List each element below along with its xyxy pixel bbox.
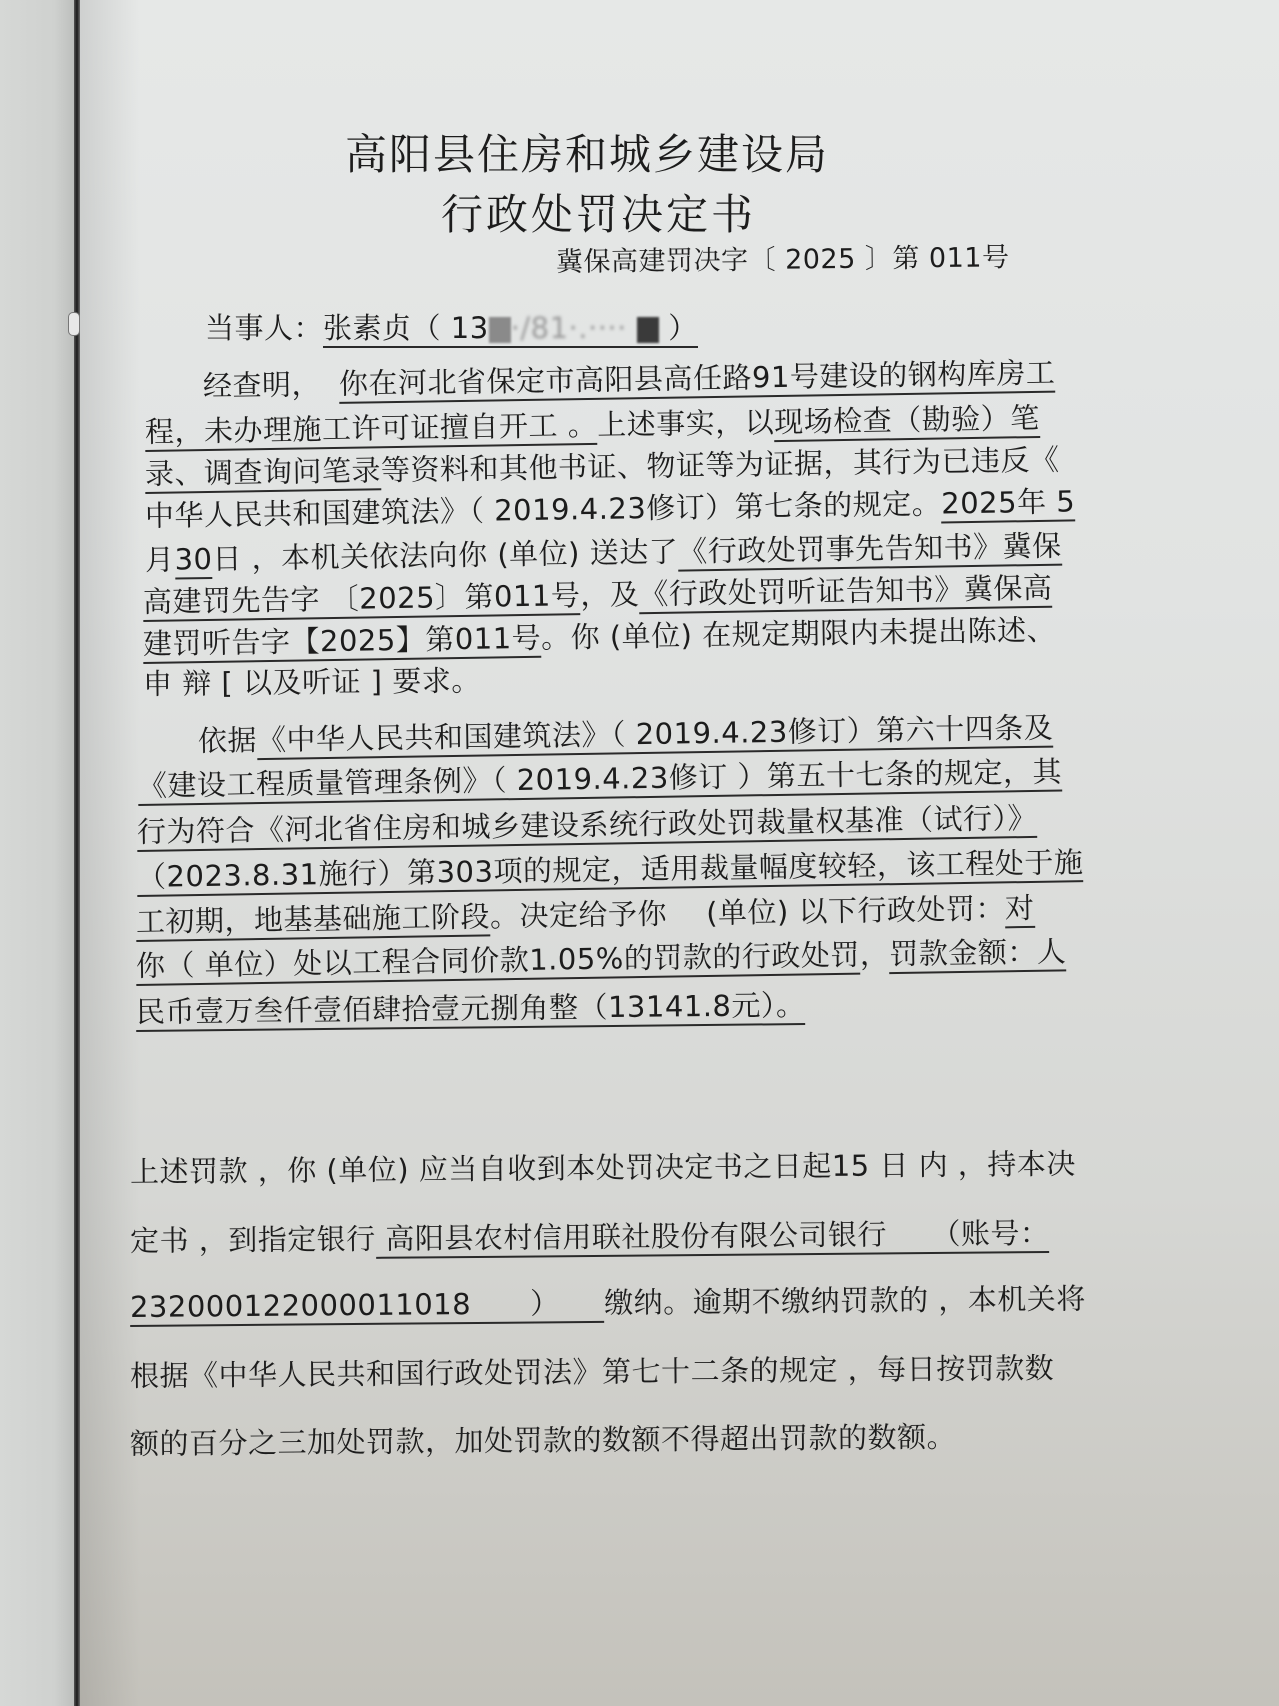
party-phone-suffix: ） [659, 311, 698, 345]
binding-clip [68, 312, 80, 336]
facing-page [0, 0, 78, 1706]
underlined-segment: 罚款金额：人 [889, 934, 1067, 974]
p3-line-4: 根据《中华人民共和国行政处罚法》第七十二条的规定 ，每日按罚款数 [130, 1346, 1055, 1395]
text-segment: 依据 [198, 723, 258, 758]
p2-line-7: 民币壹万叁仟壹佰肆拾壹元捌角整（13141.8元）。 [136, 983, 806, 1031]
p3-line-2: 定书 ，到指定银行 高阳县农村信用联社股份有限公司银行 （账号： [130, 1211, 1050, 1260]
text-segment: ，及 [580, 577, 640, 612]
text-segment: 根据《中华人民共和国行政处罚法》第七十二条的规定 ，每日按罚款数 [130, 1351, 1054, 1393]
text-segment: 。你 (单位) 在规定期限内未提出陈述、 [541, 613, 1057, 655]
party-label: 当事人： [205, 311, 323, 345]
text-segment: 定书 ，到指定银行 [130, 1222, 376, 1258]
underlined-segment: 工初期，地基基础施工阶段 [136, 899, 491, 942]
account-number-underlined: 232000122000011018 ） [130, 1286, 604, 1327]
text-segment: 经查明， [203, 367, 322, 403]
text-segment: 申 辩 [ 以及听证 ] 要求。 [143, 663, 481, 701]
underlined-segment: 30 [174, 542, 212, 580]
p1-line-8: 申 辩 [ 以及听证 ] 要求。 [143, 658, 481, 703]
issuer-title: 高阳县住房和城乡建设局 [345, 122, 829, 182]
bank-name-underlined: 高阳县农村信用联社股份有限公司银行 （账号： [376, 1216, 1050, 1259]
text-segment: 缴纳。逾期不缴纳罚款的 ，本机关将 [604, 1282, 1086, 1320]
underlined-segment: 2025年 5 [941, 484, 1076, 523]
underlined-segment: 录、调查询问笔录 [145, 453, 382, 494]
underlined-segment: 建罚听告字【2025】第011号 [143, 621, 542, 664]
underlined-segment: 现场检查（勘验）笔 [774, 401, 1040, 442]
p3-line-1: 上述罚款 ，你 (单位) 应当自收到本处罚决定书之日起15 日 内 ，持本决 [130, 1142, 1076, 1191]
underlined-segment: 对 [1005, 891, 1035, 928]
document-number: 冀保高建罚决字〔 2025 〕第 011号 [556, 235, 1010, 279]
underlined-segment: 《行政处罚事先告知书》冀保 [678, 529, 1062, 572]
text-segment: 额的百分之三加处罚款，加处罚款的数额不得超出罚款的数额。 [130, 1420, 956, 1461]
text-segment: 月 [145, 543, 175, 577]
text-segment: ， [860, 937, 890, 971]
underlined-segment: 民币壹万叁仟壹佰肆拾壹元捌角整（13141.8元）。 [136, 988, 806, 1032]
redaction-mark [489, 317, 511, 343]
text-segment: 。决定给予你 (单位) 以下行政处罚： [490, 891, 1006, 933]
text-segment: 上述事实，以 [597, 405, 775, 442]
party-name-block: 张素贞（ 13·/81·.···· ） [323, 311, 698, 348]
redaction-mark [637, 317, 659, 343]
party-phone-redacted: ·/81·.···· [511, 311, 637, 345]
party-name: 张素贞 [323, 311, 412, 345]
p3-line-5: 额的百分之三加处罚款，加处罚款的数额不得超出罚款的数额。 [130, 1415, 956, 1463]
p3-line-3: 232000122000011018 ） 缴纳。逾期不缴纳罚款的 ，本机关将 [130, 1277, 1086, 1326]
document-title: 行政处罚决定书 [441, 182, 756, 242]
text-segment: 日 ，本机关依法向你 (单位) 送达了 [212, 535, 678, 576]
party-line: 当事人：张素贞（ 13·/81·.···· ） [205, 306, 698, 347]
text-segment: 上述罚款 ，你 (单位) 应当自收到本处罚决定书之日起15 日 内 ，持本决 [130, 1147, 1076, 1189]
party-phone-prefix: （ 13 [412, 311, 489, 345]
